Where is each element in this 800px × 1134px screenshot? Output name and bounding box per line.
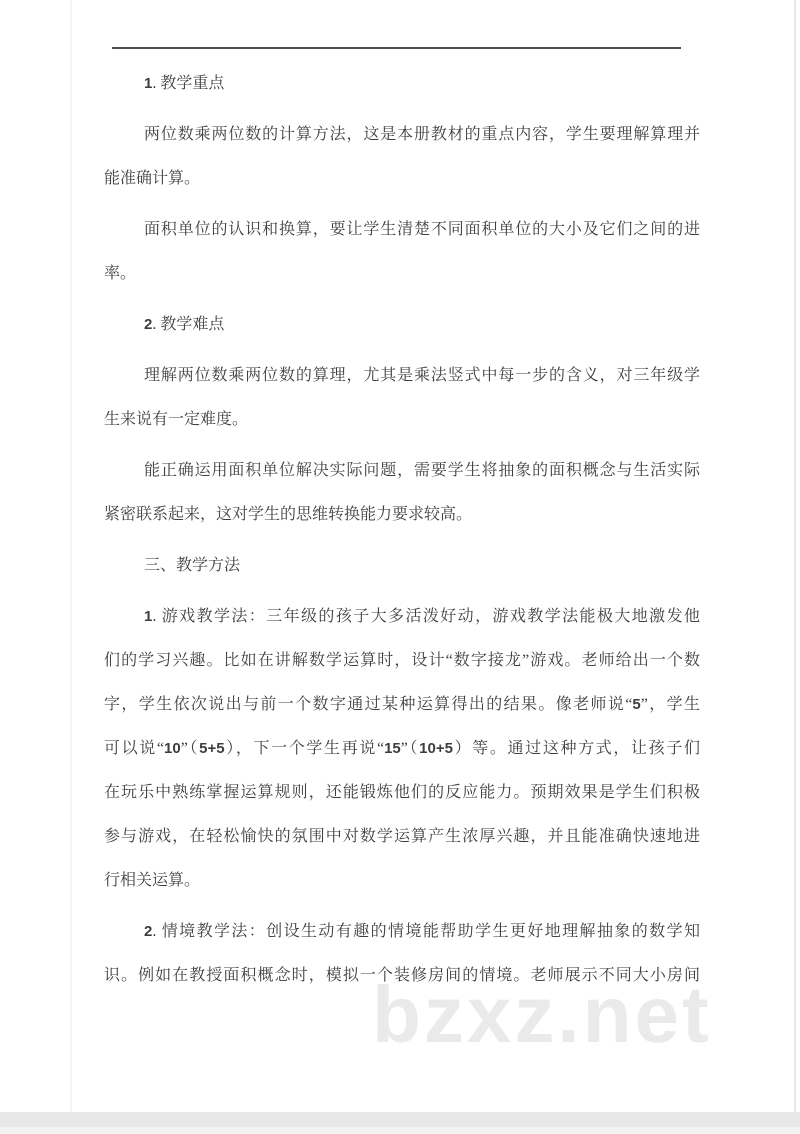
text-line: 参与游戏，在轻松愉快的氛围中对数学运算产生浓厚兴趣，并且能准确快速地进	[104, 815, 700, 859]
section-heading: 三、教学方法	[104, 544, 700, 588]
header-divider-rule	[112, 47, 681, 49]
page-right-edge	[794, 0, 796, 1134]
text-line: 2. 情境教学法：创设生动有趣的情境能帮助学生更好地理解抽象的数学知	[104, 910, 700, 954]
heading-line: 三、教学方法	[104, 544, 700, 588]
text-line: 可以说“10”（5+5），下一个学生再说“15”（10+5）等。通过这种方式，让…	[104, 727, 700, 771]
document-body: 1. 教学重点两位数乘两位数的计算方法，这是本册教材的重点内容，学生要理解算理并…	[104, 62, 700, 1005]
text-line: 生来说有一定难度。	[104, 398, 700, 442]
text-line: 率。	[104, 252, 700, 296]
document-page: 1. 教学重点两位数乘两位数的计算方法，这是本册教材的重点内容，学生要理解算理并…	[0, 0, 800, 1134]
text-line: 在玩乐中熟练掌握运算规则，还能锻炼他们的反应能力。预期效果是学生们积极	[104, 771, 700, 815]
section-heading: 1. 教学重点	[104, 62, 700, 106]
text-line: 理解两位数乘两位数的算理，尤其是乘法竖式中每一步的含义，对三年级学	[104, 354, 700, 398]
text-line: 们的学习兴趣。比如在讲解数学运算时，设计“数字接龙”游戏。老师给出一个数	[104, 639, 700, 683]
section-heading: 2. 教学难点	[104, 303, 700, 347]
page-bottom-edge	[0, 1112, 800, 1127]
text-line: 两位数乘两位数的计算方法，这是本册教材的重点内容，学生要理解算理并	[104, 113, 700, 157]
text-line: 1. 游戏教学法：三年级的孩子大多活泼好动，游戏教学法能极大地激发他	[104, 595, 700, 639]
text-line: 行相关运算。	[104, 859, 700, 903]
page-bottom-edge-light	[0, 1127, 800, 1134]
heading-line: 1. 教学重点	[104, 62, 700, 106]
paragraph: 两位数乘两位数的计算方法，这是本册教材的重点内容，学生要理解算理并能准确计算。	[104, 113, 700, 201]
text-line: 能准确计算。	[104, 157, 700, 201]
text-line: 紧密联系起来，这对学生的思维转换能力要求较高。	[104, 493, 700, 537]
paragraph: 理解两位数乘两位数的算理，尤其是乘法竖式中每一步的含义，对三年级学生来说有一定难…	[104, 354, 700, 442]
paragraph: 1. 游戏教学法：三年级的孩子大多活泼好动，游戏教学法能极大地激发他们的学习兴趣…	[104, 595, 700, 903]
text-line: 字，学生依次说出与前一个数字通过某种运算得出的结果。像老师说“5”，学生	[104, 683, 700, 727]
heading-line: 2. 教学难点	[104, 303, 700, 347]
paragraph: 面积单位的认识和换算，要让学生清楚不同面积单位的大小及它们之间的进率。	[104, 208, 700, 296]
paragraph: 能正确运用面积单位解决实际问题，需要学生将抽象的面积概念与生活实际紧密联系起来，…	[104, 449, 700, 537]
page-left-edge	[70, 0, 72, 1112]
text-line: 能正确运用面积单位解决实际问题，需要学生将抽象的面积概念与生活实际	[104, 449, 700, 493]
text-line: 面积单位的认识和换算，要让学生清楚不同面积单位的大小及它们之间的进	[104, 208, 700, 252]
watermark: bzxz.net	[372, 975, 712, 1055]
